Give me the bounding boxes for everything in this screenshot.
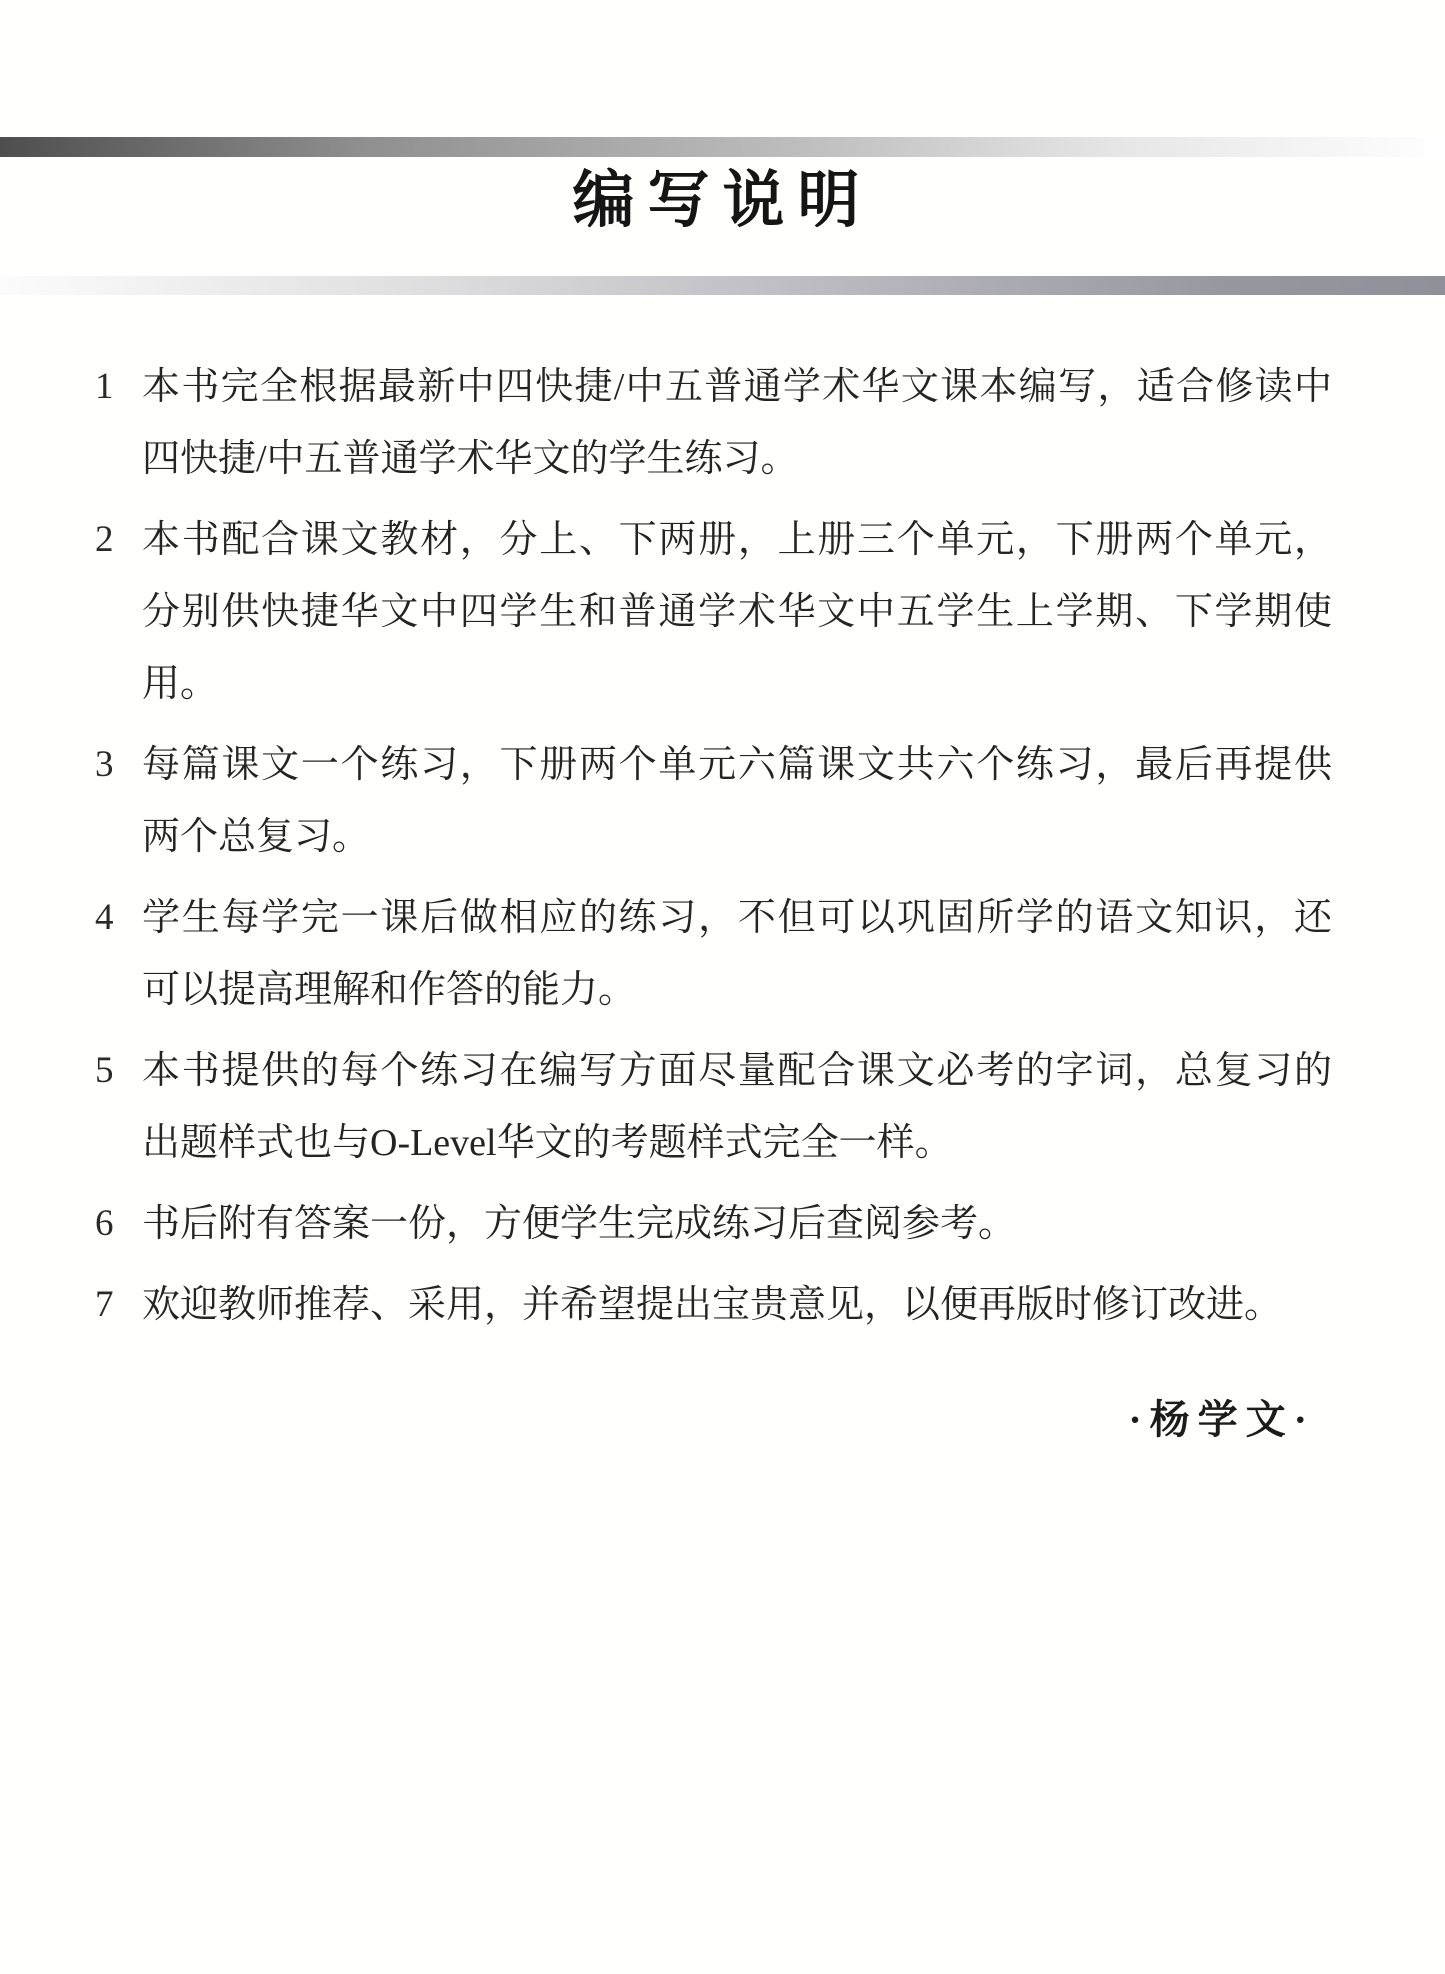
- text-line: 四快捷/中五普通学术华文的学生练习。: [142, 423, 1332, 495]
- list-item: 7 欢迎教师推荐、采用，并希望提出宝贵意见，以便再版时修订改进。: [95, 1269, 1332, 1341]
- text-line: 可以提高理解和作答的能力。: [142, 954, 1332, 1026]
- list-item: 2 本书配合课文教材，分上、下两册，上册三个单元，下册两个单元， 分别供快捷华文…: [95, 504, 1332, 720]
- title-gradient-divider: [0, 276, 1445, 295]
- item-text: 每篇课文一个练习，下册两个单元六篇课文共六个练习，最后再提供 两个总复习。: [142, 729, 1332, 873]
- item-number: 7: [95, 1269, 142, 1341]
- list-item: 3 每篇课文一个练习，下册两个单元六篇课文共六个练习，最后再提供 两个总复习。: [95, 729, 1332, 873]
- item-text: 欢迎教师推荐、采用，并希望提出宝贵意见，以便再版时修订改进。: [142, 1269, 1332, 1341]
- text-line: 本书完全根据最新中四快捷/中五普通学术华文课本编写，适合修读中: [142, 351, 1332, 423]
- text-line: 本书提供的每个练习在编写方面尽量配合课文必考的字词，总复习的: [142, 1035, 1332, 1107]
- item-text: 本书配合课文教材，分上、下两册，上册三个单元，下册两个单元， 分别供快捷华文中四…: [142, 504, 1332, 720]
- list-item: 6 书后附有答案一份，方便学生完成练习后查阅参考。: [95, 1188, 1332, 1260]
- item-text: 书后附有答案一份，方便学生完成练习后查阅参考。: [142, 1188, 1332, 1260]
- text-line: 书后附有答案一份，方便学生完成练习后查阅参考。: [142, 1188, 1332, 1260]
- list-item: 1 本书完全根据最新中四快捷/中五普通学术华文课本编写，适合修读中 四快捷/中五…: [95, 351, 1332, 495]
- item-number: 6: [95, 1188, 142, 1260]
- item-number: 5: [95, 1035, 142, 1179]
- text-line: 本书配合课文教材，分上、下两册，上册三个单元，下册两个单元，: [142, 504, 1332, 576]
- text-line: 用。: [142, 648, 1332, 720]
- list-item: 5 本书提供的每个练习在编写方面尽量配合课文必考的字词，总复习的 出题样式也与O…: [95, 1035, 1332, 1179]
- item-text: 本书完全根据最新中四快捷/中五普通学术华文课本编写，适合修读中 四快捷/中五普通…: [142, 351, 1332, 495]
- text-line: 分别供快捷华文中四学生和普通学术华文中五学生上学期、下学期使: [142, 576, 1332, 648]
- item-number: 3: [95, 729, 142, 873]
- text-line: 每篇课文一个练习，下册两个单元六篇课文共六个练习，最后再提供: [142, 729, 1332, 801]
- item-number: 2: [95, 504, 142, 720]
- text-line: 出题样式也与O-Level华文的考题样式完全一样。: [142, 1107, 1332, 1179]
- text-line: 两个总复习。: [142, 801, 1332, 873]
- item-number: 4: [95, 882, 142, 1026]
- item-number: 1: [95, 351, 142, 495]
- text-line: 学生每学完一课后做相应的练习，不但可以巩固所学的语文知识，还: [142, 882, 1332, 954]
- top-gradient-divider: [0, 137, 1445, 157]
- text-line: 欢迎教师推荐、采用，并希望提出宝贵意见，以便再版时修订改进。: [142, 1269, 1332, 1341]
- item-text: 本书提供的每个练习在编写方面尽量配合课文必考的字词，总复习的 出题样式也与O-L…: [142, 1035, 1332, 1179]
- list-item: 4 学生每学完一课后做相应的练习，不但可以巩固所学的语文知识，还 可以提高理解和…: [95, 882, 1332, 1026]
- scanned-document-page: 编写说明 1 本书完全根据最新中四快捷/中五普通学术华文课本编写，适合修读中 四…: [0, 0, 1445, 1974]
- item-text: 学生每学完一课后做相应的练习，不但可以巩固所学的语文知识，还 可以提高理解和作答…: [142, 882, 1332, 1026]
- numbered-list: 1 本书完全根据最新中四快捷/中五普通学术华文课本编写，适合修读中 四快捷/中五…: [95, 351, 1332, 1350]
- author-signature: ·杨学文·: [1128, 1396, 1315, 1444]
- page-title: 编写说明: [0, 168, 1445, 234]
